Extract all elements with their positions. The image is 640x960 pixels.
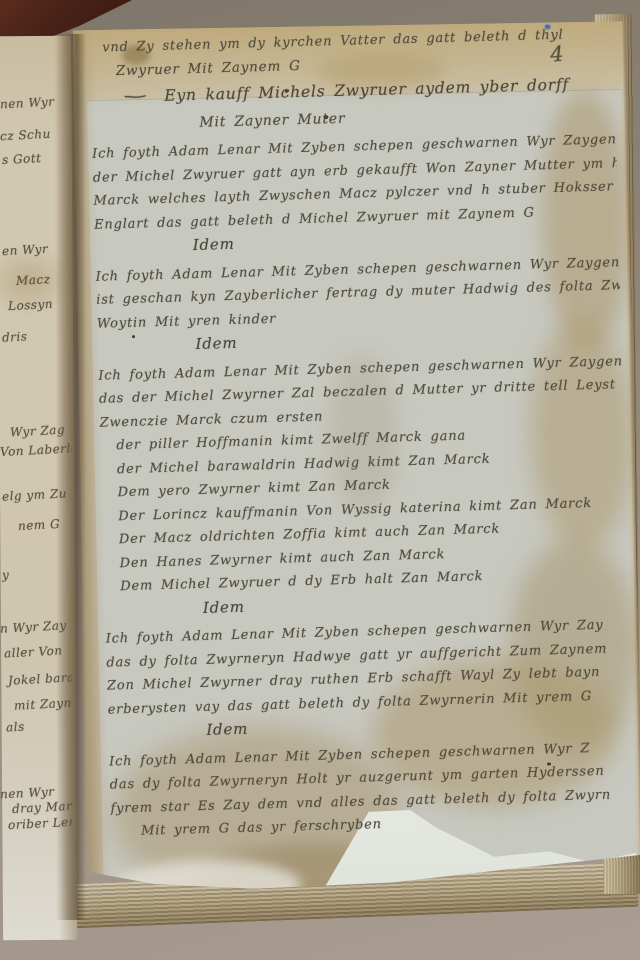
margin-fragment: y — [2, 568, 10, 582]
margin-fragment: nen Wyr — [0, 785, 55, 802]
margin-fragment: cz Schu — [0, 127, 51, 144]
margin-fragment: Macz — [16, 272, 51, 288]
manuscript-page: 4 vnd Zy stehen ym dy kyrchen Vatter das… — [70, 19, 640, 892]
margin-fragment: Von Laberla — [0, 441, 72, 459]
page-number: 4 — [549, 42, 564, 67]
margin-fragment: nem G — [18, 517, 61, 533]
margin-fragment: en Wyr — [2, 242, 49, 258]
margin-fragment: Jokel bara — [8, 670, 72, 687]
paragraph: Ich foyth Adam Lenar Mit Zyben schepen g… — [109, 735, 635, 844]
margin-fragment: oriber Lener — [8, 814, 72, 832]
manuscript-text: vnd Zy stehen ym dy kyrchen Vatter das g… — [89, 22, 635, 844]
previous-page-text-fragments: nen Wyrcz Schus Gotten WyrMaczLossyndris… — [0, 38, 72, 938]
margin-fragment: n Wyr Zay — [0, 618, 67, 635]
paragraph: Ich foyth Adam Lenar Mit Zyben schepen g… — [105, 613, 632, 745]
flourish-mark: ~ — [124, 85, 154, 109]
paragraph-blocks: Ich foyth Adam Lenar Mit Zyben schepen g… — [92, 128, 635, 844]
margin-fragment: elg ym Zu — [2, 486, 68, 503]
paragraph: Ich foyth Adam Lenar Mit Zyben schepen g… — [98, 350, 629, 623]
margin-fragment: nen Wyr — [0, 95, 55, 112]
margin-fragment: aller Von — [4, 643, 63, 660]
paragraph: Ich foyth Adam Lenar Mit Zyben schepen g… — [95, 251, 621, 360]
margin-fragment: als — [6, 720, 25, 735]
margin-fragment: dray Marck — [12, 798, 72, 816]
margin-fragment: mit Zayne — [14, 695, 72, 712]
margin-fragment: dris — [2, 329, 28, 344]
paragraph: Ich foyth Adam Lenar Mit Zyben schepen g… — [92, 128, 619, 260]
margin-fragment: Wyr Zag — [10, 423, 66, 440]
margin-fragment: s Gott — [2, 151, 42, 167]
manuscript-photo: nen Wyrcz Schus Gotten WyrMaczLossyndris… — [0, 0, 640, 960]
margin-fragment: Lossyn — [8, 297, 54, 313]
